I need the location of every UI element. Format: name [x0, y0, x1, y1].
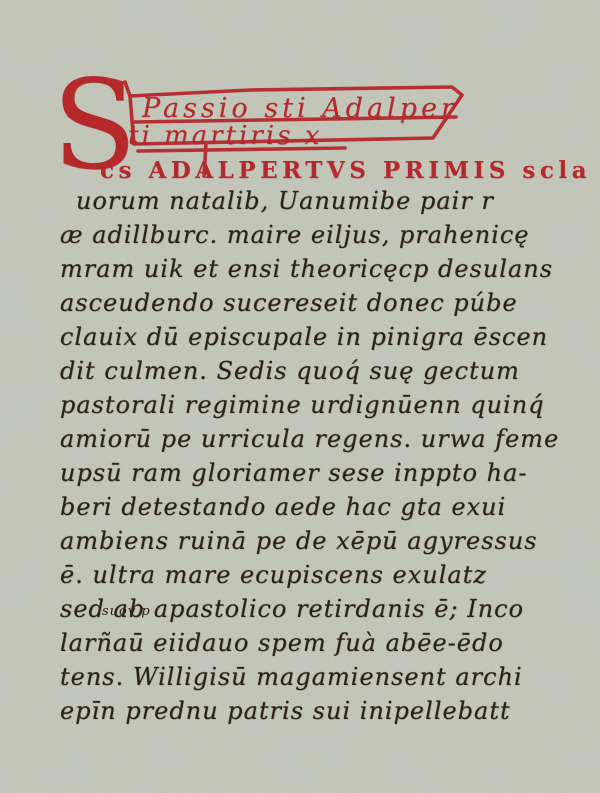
- manuscript-line: sed ab apastolico retirdanis ē; Inco: [60, 592, 560, 626]
- rubric-title-line-1: Passio sti Adalper: [142, 93, 458, 124]
- manuscript-line: beri detestando aede hac gta exui: [60, 490, 560, 524]
- manuscript-line: pastorali regimine urdignūenn quinq́: [60, 388, 560, 422]
- manuscript-line: dit culmen. Sedis quoq́ suę gectum: [60, 354, 560, 388]
- rubric-capitals: cs ADALPERTVS PRIMIS scla: [100, 157, 591, 185]
- manuscript-line: upsū ram gloriamer sese inppto ha-: [60, 456, 560, 490]
- manuscript-line: asceudendo sucereseit donec púbe: [60, 286, 560, 320]
- manuscript-line: larñaū eiidauo spem fuà abēe-ēdo: [60, 626, 560, 660]
- manuscript-line: ambiens ruinā pe de xēpū agyressus: [60, 524, 560, 558]
- manuscript-line: tens. Willigisū magamiensent archi: [60, 660, 560, 694]
- manuscript-line: amiorū pe urricula regens. urwa feme: [60, 422, 560, 456]
- manuscript-line: uorum natalib, Uanumibe pair r: [60, 184, 560, 218]
- manuscript-line: mram uik et ensi theoricęcp desulans: [60, 252, 560, 286]
- manuscript-line: clauix dū episcupale in pinigra ēscen: [60, 320, 560, 354]
- manuscript-line: æ adillburc. maire eiljus, prahenicę: [60, 218, 560, 252]
- manuscript-text-block: uorum natalib, Uanumibe pair r æ adillbu…: [60, 184, 560, 728]
- manuscript-line: epīn prednu patris sui inipellebatt: [60, 694, 560, 728]
- manuscript-page: S Passio sti Adalper ti martiris x cs AD…: [0, 0, 600, 793]
- manuscript-line: ē. ultra mare ecupiscens exulatz: [60, 558, 560, 592]
- rubric-title-line-2: ti martiris x: [128, 121, 322, 151]
